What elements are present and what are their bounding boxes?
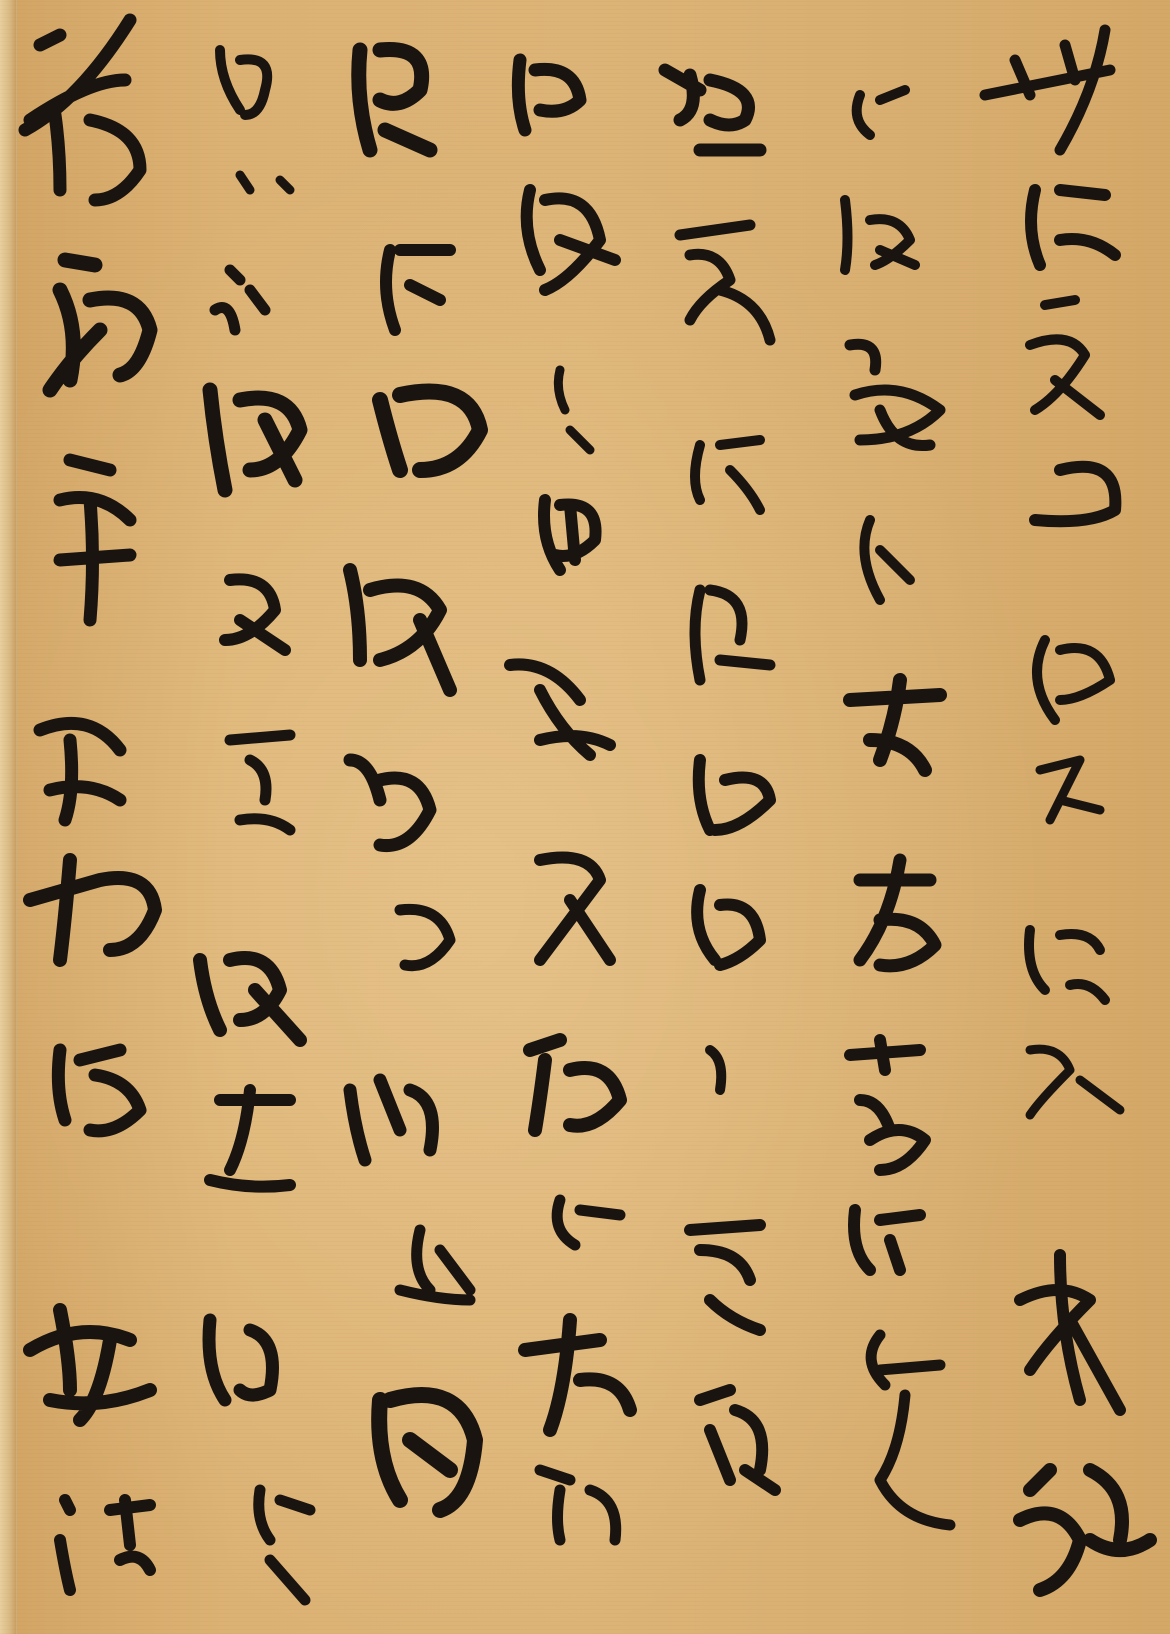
calligraphy-sheet: Eight vertical columns of flowing black-… xyxy=(0,0,1170,1634)
column-5-glyphs xyxy=(350,50,480,1511)
column-7-glyphs xyxy=(25,20,155,1590)
column-4-glyphs xyxy=(510,60,630,1540)
column-6-glyphs xyxy=(200,50,310,1600)
column-1-glyphs xyxy=(985,30,1150,1590)
column-3-glyphs xyxy=(665,70,775,1490)
column-2-glyphs xyxy=(845,90,950,1525)
ink-brushwork xyxy=(0,0,1170,1634)
